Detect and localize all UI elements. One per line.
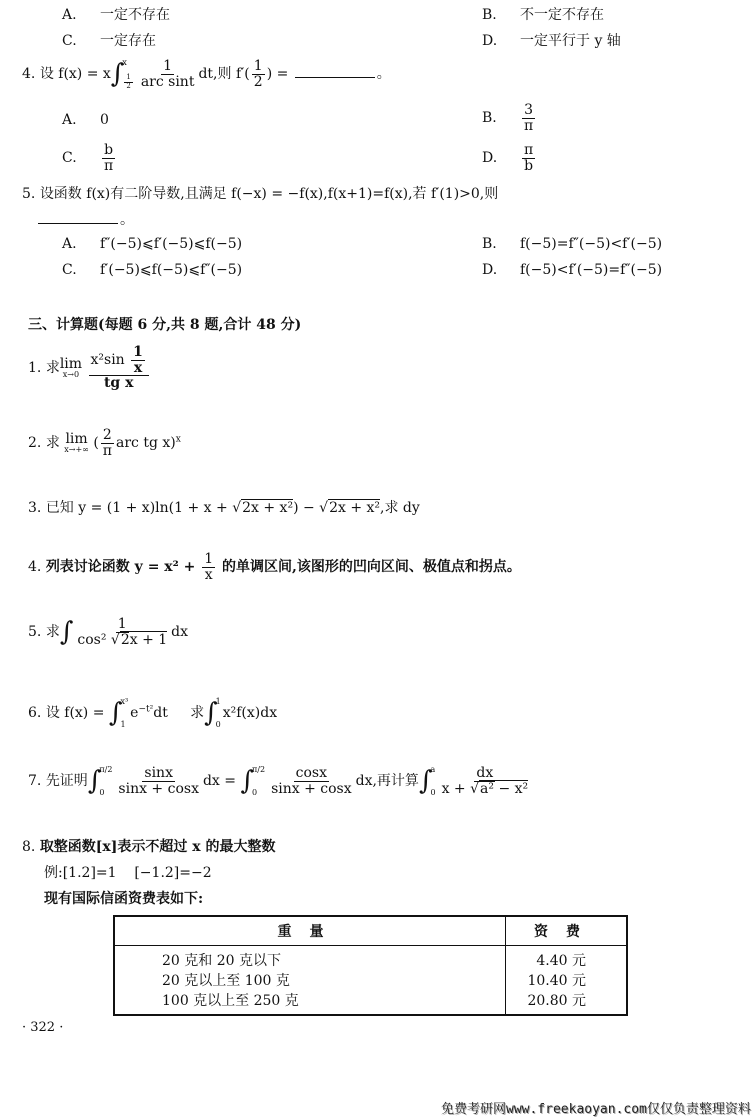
option-fraction: 3π [522, 103, 535, 133]
upper-limit: x³ [120, 697, 128, 706]
limit-fraction: x²sin 1xtg x [89, 345, 149, 391]
answer-blank [295, 65, 375, 78]
denominator: x [132, 361, 144, 376]
weight-cell: 20 克和 20 克以下 [114, 946, 506, 971]
problem-text: 已知 y = (1 + x)ln(1 + x + [46, 500, 232, 516]
problem-number: 3. [28, 500, 41, 516]
sqrt-content: a² − x² [479, 780, 528, 797]
argument-fraction: 12 [252, 59, 265, 89]
integral-sign: ∫ [60, 617, 74, 647]
numerator: 1 [131, 345, 145, 361]
problem-text: dx [171, 624, 188, 640]
answer-blank [38, 211, 118, 224]
denominator: x [203, 568, 215, 583]
problem-number: 6. [28, 705, 41, 721]
sqrt-content: 2x + x² [328, 499, 380, 516]
page-number: · 322 · [22, 1020, 63, 1035]
problem-text: 列表讨论函数 y = x² + [46, 559, 200, 575]
differential: dt [153, 705, 168, 721]
q4-option-c: C.bπ [62, 143, 117, 173]
upper-limit: π/2 [252, 765, 265, 774]
q5-option-a: A.f″(−5)⩽f′(−5)⩽f(−5) [62, 236, 242, 252]
question-text: ) = [267, 66, 289, 82]
option-label: A. [62, 236, 100, 252]
problem-text: 现有国际信函资费表如下: [44, 891, 203, 907]
section-heading: 三、计算题(每题 6 分,共 8 题,合计 48 分) [28, 314, 301, 334]
lim-under: x→+∞ [64, 446, 89, 454]
period: 。 [377, 66, 391, 82]
watermark: 免费考研网www.freekaoyan.com仅仅负责整理资料 [441, 1098, 751, 1117]
option-text: f′(−5)⩽f(−5)⩽f″(−5) [100, 262, 242, 278]
integrand-fraction: cosxsinx + cosx [269, 766, 354, 796]
denominator: π [101, 444, 114, 459]
q5-option-c: C.f′(−5)⩽f(−5)⩽f″(−5) [62, 262, 242, 278]
problem-text: 求 [46, 624, 60, 640]
problem-text: 求 [46, 435, 60, 451]
denominator: π [522, 119, 535, 134]
integrand-fraction: 1cos² √2x + 1 [75, 617, 169, 647]
problem-text: 求 [190, 705, 204, 721]
option-text: f″(−5)⩽f′(−5)⩽f(−5) [100, 236, 242, 252]
lower-limit: 0 [99, 788, 112, 797]
upper-limit: x [122, 58, 134, 67]
option-text: f(−5)<f′(−5)=f″(−5) [520, 262, 662, 278]
problem-8-table-intro: 现有国际信函资费表如下: [44, 888, 203, 908]
numerator: 3 [522, 103, 535, 119]
limit-operator: limx→0 [60, 357, 82, 379]
numerator: 1 [202, 552, 215, 568]
option-fraction: bπ [102, 143, 115, 173]
option-label: A. [62, 112, 100, 128]
numerator: 1 [252, 59, 265, 75]
numerator: π [522, 143, 535, 159]
denominator: arc sint [139, 75, 197, 90]
problem-number: 4. [28, 559, 41, 575]
table-row: 20 克和 20 克以下 4.40 元 [114, 946, 627, 971]
integral-limits: a0 [430, 765, 435, 797]
sqrt-content: 2x + 1 [120, 631, 167, 648]
fraction: 1x [202, 552, 215, 582]
integrand: x²f(x)dx [223, 705, 277, 721]
problem-text: 设 f(x) = [46, 705, 109, 721]
fee-cell: 20.80 元 [506, 990, 628, 1015]
question-5: 5. 设函数 f(x)有二阶导数,且满足 f(−x) = −f(x),f(x+1… [22, 183, 498, 203]
section-title: 三、计算题 [28, 317, 98, 333]
lower-limit: 0 [216, 720, 221, 729]
problem-text: 求 [46, 360, 60, 376]
problem-text: 的单调区间,该图形的凹向区间、极值点和拐点。 [217, 559, 521, 575]
q4-option-a: A.0 [62, 112, 109, 128]
lower-limit: 12 [124, 74, 132, 90]
problem-text: ) − [293, 500, 319, 516]
q5-option-b: B.f(−5)=f″(−5)<f′(−5) [482, 236, 662, 252]
problem-5: 5. 求∫1cos² √2x + 1dx [28, 617, 188, 647]
integral-limits: π/20 [99, 765, 112, 797]
question-4: 4. 设 f(x) = x∫x121arc sintdt,则 f′(12) = … [22, 58, 391, 90]
integral-limits: x³1 [120, 697, 128, 729]
section-note: (每题 6 分,共 8 题,合计 48 分) [98, 317, 301, 333]
problem-3: 3. 已知 y = (1 + x)ln(1 + x + √2x + x²) − … [28, 497, 420, 517]
fee-cell: 10.40 元 [506, 970, 628, 990]
option-label: A. [62, 7, 100, 23]
problem-text: dx,再计算 [356, 773, 419, 789]
option-text: f(−5)=f″(−5)<f′(−5) [520, 236, 662, 252]
option-text: 不一定不存在 [520, 7, 604, 23]
option-label: B. [482, 7, 520, 23]
q4-option-d: D.πb [482, 143, 537, 173]
exponent: x [176, 435, 181, 445]
exponent: −t² [138, 704, 153, 714]
option-label: D. [482, 262, 520, 278]
option-label: D. [482, 150, 520, 166]
sqrt-content: 2x + x² [241, 499, 293, 516]
limit-operator: limx→+∞ [64, 432, 89, 454]
numerator: 1 [161, 59, 174, 75]
numerator: cosx [294, 766, 329, 782]
integral-limits: 10 [216, 697, 221, 729]
problem-number: 1. [28, 360, 41, 376]
integral-limits: x12 [122, 58, 134, 90]
denominator: cos² √2x + 1 [75, 633, 169, 648]
lim-text: lim [65, 432, 87, 446]
problem-text: ,求 dy [380, 500, 420, 516]
problem-7: 7. 先证明∫π/20sinxsinx + cosxdx = ∫π/20cosx… [28, 765, 532, 797]
column-header-fee: 资费 [506, 916, 628, 946]
option-text: 0 [100, 112, 109, 128]
fee-cell: 4.40 元 [506, 946, 628, 971]
denominator: x + √a² − x² [440, 782, 531, 797]
problem-number: 5. [28, 624, 41, 640]
denominator: sinx + cosx [269, 782, 354, 797]
question-number: 4. [22, 66, 35, 82]
numerator: 2 [101, 428, 114, 444]
denominator: tg x [102, 376, 135, 391]
denominator: π [102, 159, 115, 174]
problem-8-example: 例:[1.2]=1 [−1.2]=−2 [44, 862, 212, 882]
problem-6: 6. 设 f(x) = ∫x³1e−t²dt 求∫10x²f(x)dx [28, 697, 277, 729]
paren: ( [93, 435, 98, 451]
q5-option-d: D.f(−5)<f′(−5)=f″(−5) [482, 262, 662, 278]
problem-2: 2. 求 limx→+∞ (2πarc tg x)x [28, 428, 181, 458]
upper-limit: a [430, 765, 435, 774]
lower-limit: 0 [252, 788, 265, 797]
lim-text: lim [60, 357, 82, 371]
table-row: 100 克以上至 250 克 20.80 元 [114, 990, 627, 1015]
period: 。 [120, 212, 134, 228]
option-label: B. [482, 110, 520, 126]
upper-limit: π/2 [99, 765, 112, 774]
option-label: C. [62, 33, 100, 49]
lower-limit: 0 [430, 788, 435, 797]
coefficient-fraction: 2π [101, 428, 114, 458]
problem-number: 7. [28, 773, 41, 789]
numerator-text: x²sin [91, 352, 125, 368]
option-text: 一定不存在 [100, 7, 170, 23]
q3-option-a: A.一定不存在 [62, 4, 170, 24]
question-text: 设 f(x) = x [40, 66, 111, 82]
table-header-row: 重量 资费 [114, 916, 627, 946]
numerator: sinx [142, 766, 175, 782]
option-fraction: πb [522, 143, 535, 173]
denominator: 2 [124, 83, 132, 90]
integrand-fraction: dxx + √a² − x² [440, 766, 531, 796]
option-text: 一定平行于 y 轴 [520, 33, 621, 49]
denominator-text: x + [442, 781, 471, 797]
table-row: 20 克以上至 100 克 10.40 元 [114, 970, 627, 990]
q5-answer-line: 。 [36, 209, 134, 229]
upper-limit: 1 [216, 697, 221, 706]
problem-text: dx = [203, 773, 241, 789]
denominator-text: cos² [77, 632, 111, 648]
option-label: B. [482, 236, 520, 252]
denominator: sinx + cosx [116, 782, 201, 797]
integrand-fraction: sinxsinx + cosx [116, 766, 201, 796]
question-text: dt,则 f′( [198, 66, 249, 82]
problem-4: 4. 列表讨论函数 y = x² + 1x 的单调区间,该图形的凹向区间、极值点… [28, 552, 521, 582]
question-text: 设函数 f(x)有二阶导数,且满足 f(−x) = −f(x),f(x+1)=f… [40, 186, 498, 202]
problem-text: 取整函数[x]表示不超过 x 的最大整数 [40, 839, 276, 855]
option-label: C. [62, 262, 100, 278]
inner-fraction: 1x [131, 345, 145, 375]
weight-cell: 20 克以上至 100 克 [114, 970, 506, 990]
integral-limits: π/20 [252, 765, 265, 797]
question-number: 5. [22, 186, 35, 202]
problem-number: 2. [28, 435, 41, 451]
lower-limit: 1 [120, 720, 128, 729]
option-text: 一定存在 [100, 33, 156, 49]
q3-option-d: D.一定平行于 y 轴 [482, 30, 621, 50]
q3-option-c: C.一定存在 [62, 30, 156, 50]
option-label: C. [62, 150, 100, 166]
denominator: b [522, 159, 535, 174]
problem-text: 先证明 [46, 773, 88, 789]
numerator: b [102, 143, 115, 159]
denominator: 2 [252, 75, 265, 90]
q3-option-b: B.不一定不存在 [482, 4, 604, 24]
option-label: D. [482, 33, 520, 49]
postage-rate-table: 重量 资费 20 克和 20 克以下 4.40 元 20 克以上至 100 克 … [113, 915, 628, 1016]
lim-under: x→0 [63, 371, 79, 379]
weight-cell: 100 克以上至 250 克 [114, 990, 506, 1015]
numerator: x²sin 1x [89, 345, 149, 376]
integrand-fraction: 1arc sint [139, 59, 197, 89]
q4-option-b: B.3π [482, 103, 537, 133]
problem-1: 1. 求limx→0 x²sin 1xtg x [28, 345, 151, 391]
example-text: 例:[1.2]=1 [−1.2]=−2 [44, 865, 212, 881]
problem-text: arc tg x) [116, 435, 176, 451]
column-header-weight: 重量 [114, 916, 506, 946]
problem-number: 8. [22, 839, 35, 855]
problem-8: 8. 取整函数[x]表示不超过 x 的最大整数 [22, 836, 276, 856]
